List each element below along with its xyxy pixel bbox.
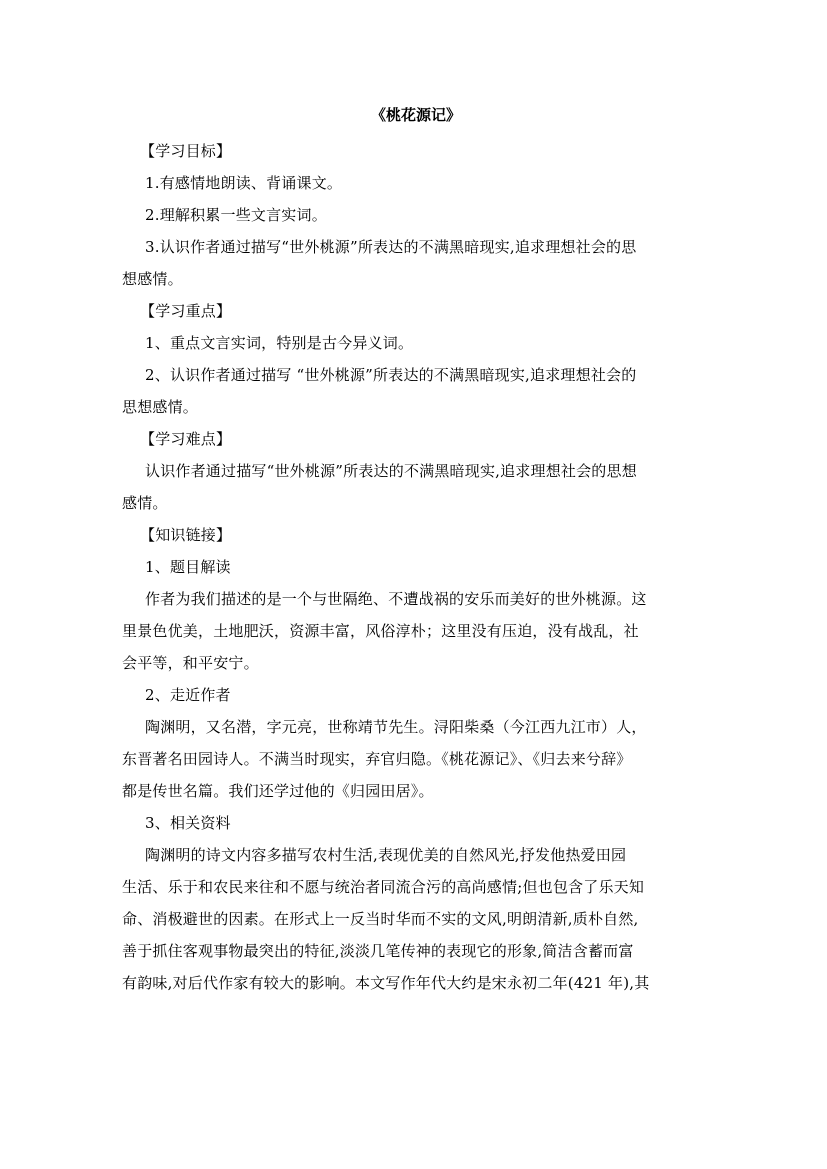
paragraph-line: 2.理解积累一些文言实词。	[122, 199, 710, 231]
paragraph-line: 命、消极避世的因素。在形式上一反当时华而不实的文风,明朗清新,质朴自然,	[122, 903, 710, 935]
paragraph-line: 2、认识作者通过描写 “世外桃源”所表达的不满黑暗现实,追求理想社会的	[122, 359, 710, 391]
paragraph-line: 善于抓住客观事物最突出的特征,淡淡几笔传神的表现它的形象,简洁含蓄而富	[122, 935, 710, 967]
paragraph-line: 感情。	[122, 487, 710, 519]
document-title: 《桃花源记》	[122, 103, 710, 127]
paragraph-line: 东晋著名田园诗人。不满当时现实，弃官归隐。《桃花源记》、《归去来兮辞》	[122, 743, 710, 775]
paragraph-line: 都是传世名篇。我们还学过他的《归园田居》。	[122, 775, 710, 807]
document-page: 《桃花源记》 【学习目标】 1.有感情地朗读、背诵课文。 2.理解积累一些文言实…	[0, 0, 827, 1169]
paragraph-line: 1、重点文言实词，特别是古今异义词。	[122, 327, 710, 359]
paragraph-line: 想感情。	[122, 263, 710, 295]
section-heading-difficulties: 【学习难点】	[122, 423, 710, 455]
subheading-about-author: 2、走近作者	[122, 679, 710, 711]
paragraph-line: 思想感情。	[122, 391, 710, 423]
document-body: 《桃花源记》 【学习目标】 1.有感情地朗读、背诵课文。 2.理解积累一些文言实…	[122, 103, 710, 999]
paragraph-line: 认识作者通过描写“世外桃源”所表达的不满黑暗现实,追求理想社会的思想	[122, 455, 710, 487]
paragraph-line: 作者为我们描述的是一个与世隔绝、不遭战祸的安乐而美好的世外桃源。这	[122, 583, 710, 615]
section-heading-key-points: 【学习重点】	[122, 295, 710, 327]
section-heading-knowledge-links: 【知识链接】	[122, 519, 710, 551]
paragraph-line: 陶渊明，又名潜，字元亮，世称靖节先生。浔阳柴桑（今江西九江市）人，	[122, 711, 710, 743]
subheading-title-interpretation: 1、题目解读	[122, 551, 710, 583]
section-heading-objectives: 【学习目标】	[122, 135, 710, 167]
paragraph-line: 陶渊明的诗文内容多描写农村生活,表现优美的自然风光,抒发他热爱田园	[122, 839, 710, 871]
paragraph-line: 有韵味,对后代作家有较大的影响。本文写作年代大约是宋永初二年(421 年),其	[122, 967, 710, 999]
paragraph-line: 3.认识作者通过描写“世外桃源”所表达的不满黑暗现实,追求理想社会的思	[122, 231, 710, 263]
paragraph-line: 会平等，和平安宁。	[122, 647, 710, 679]
paragraph-line: 1.有感情地朗读、背诵课文。	[122, 167, 710, 199]
paragraph-line: 生活、乐于和农民来往和不愿与统治者同流合污的高尚感情;但也包含了乐天知	[122, 871, 710, 903]
paragraph-line: 里景色优美，土地肥沃，资源丰富，风俗淳朴；这里没有压迫，没有战乱，社	[122, 615, 710, 647]
subheading-related-materials: 3、相关资料	[122, 807, 710, 839]
